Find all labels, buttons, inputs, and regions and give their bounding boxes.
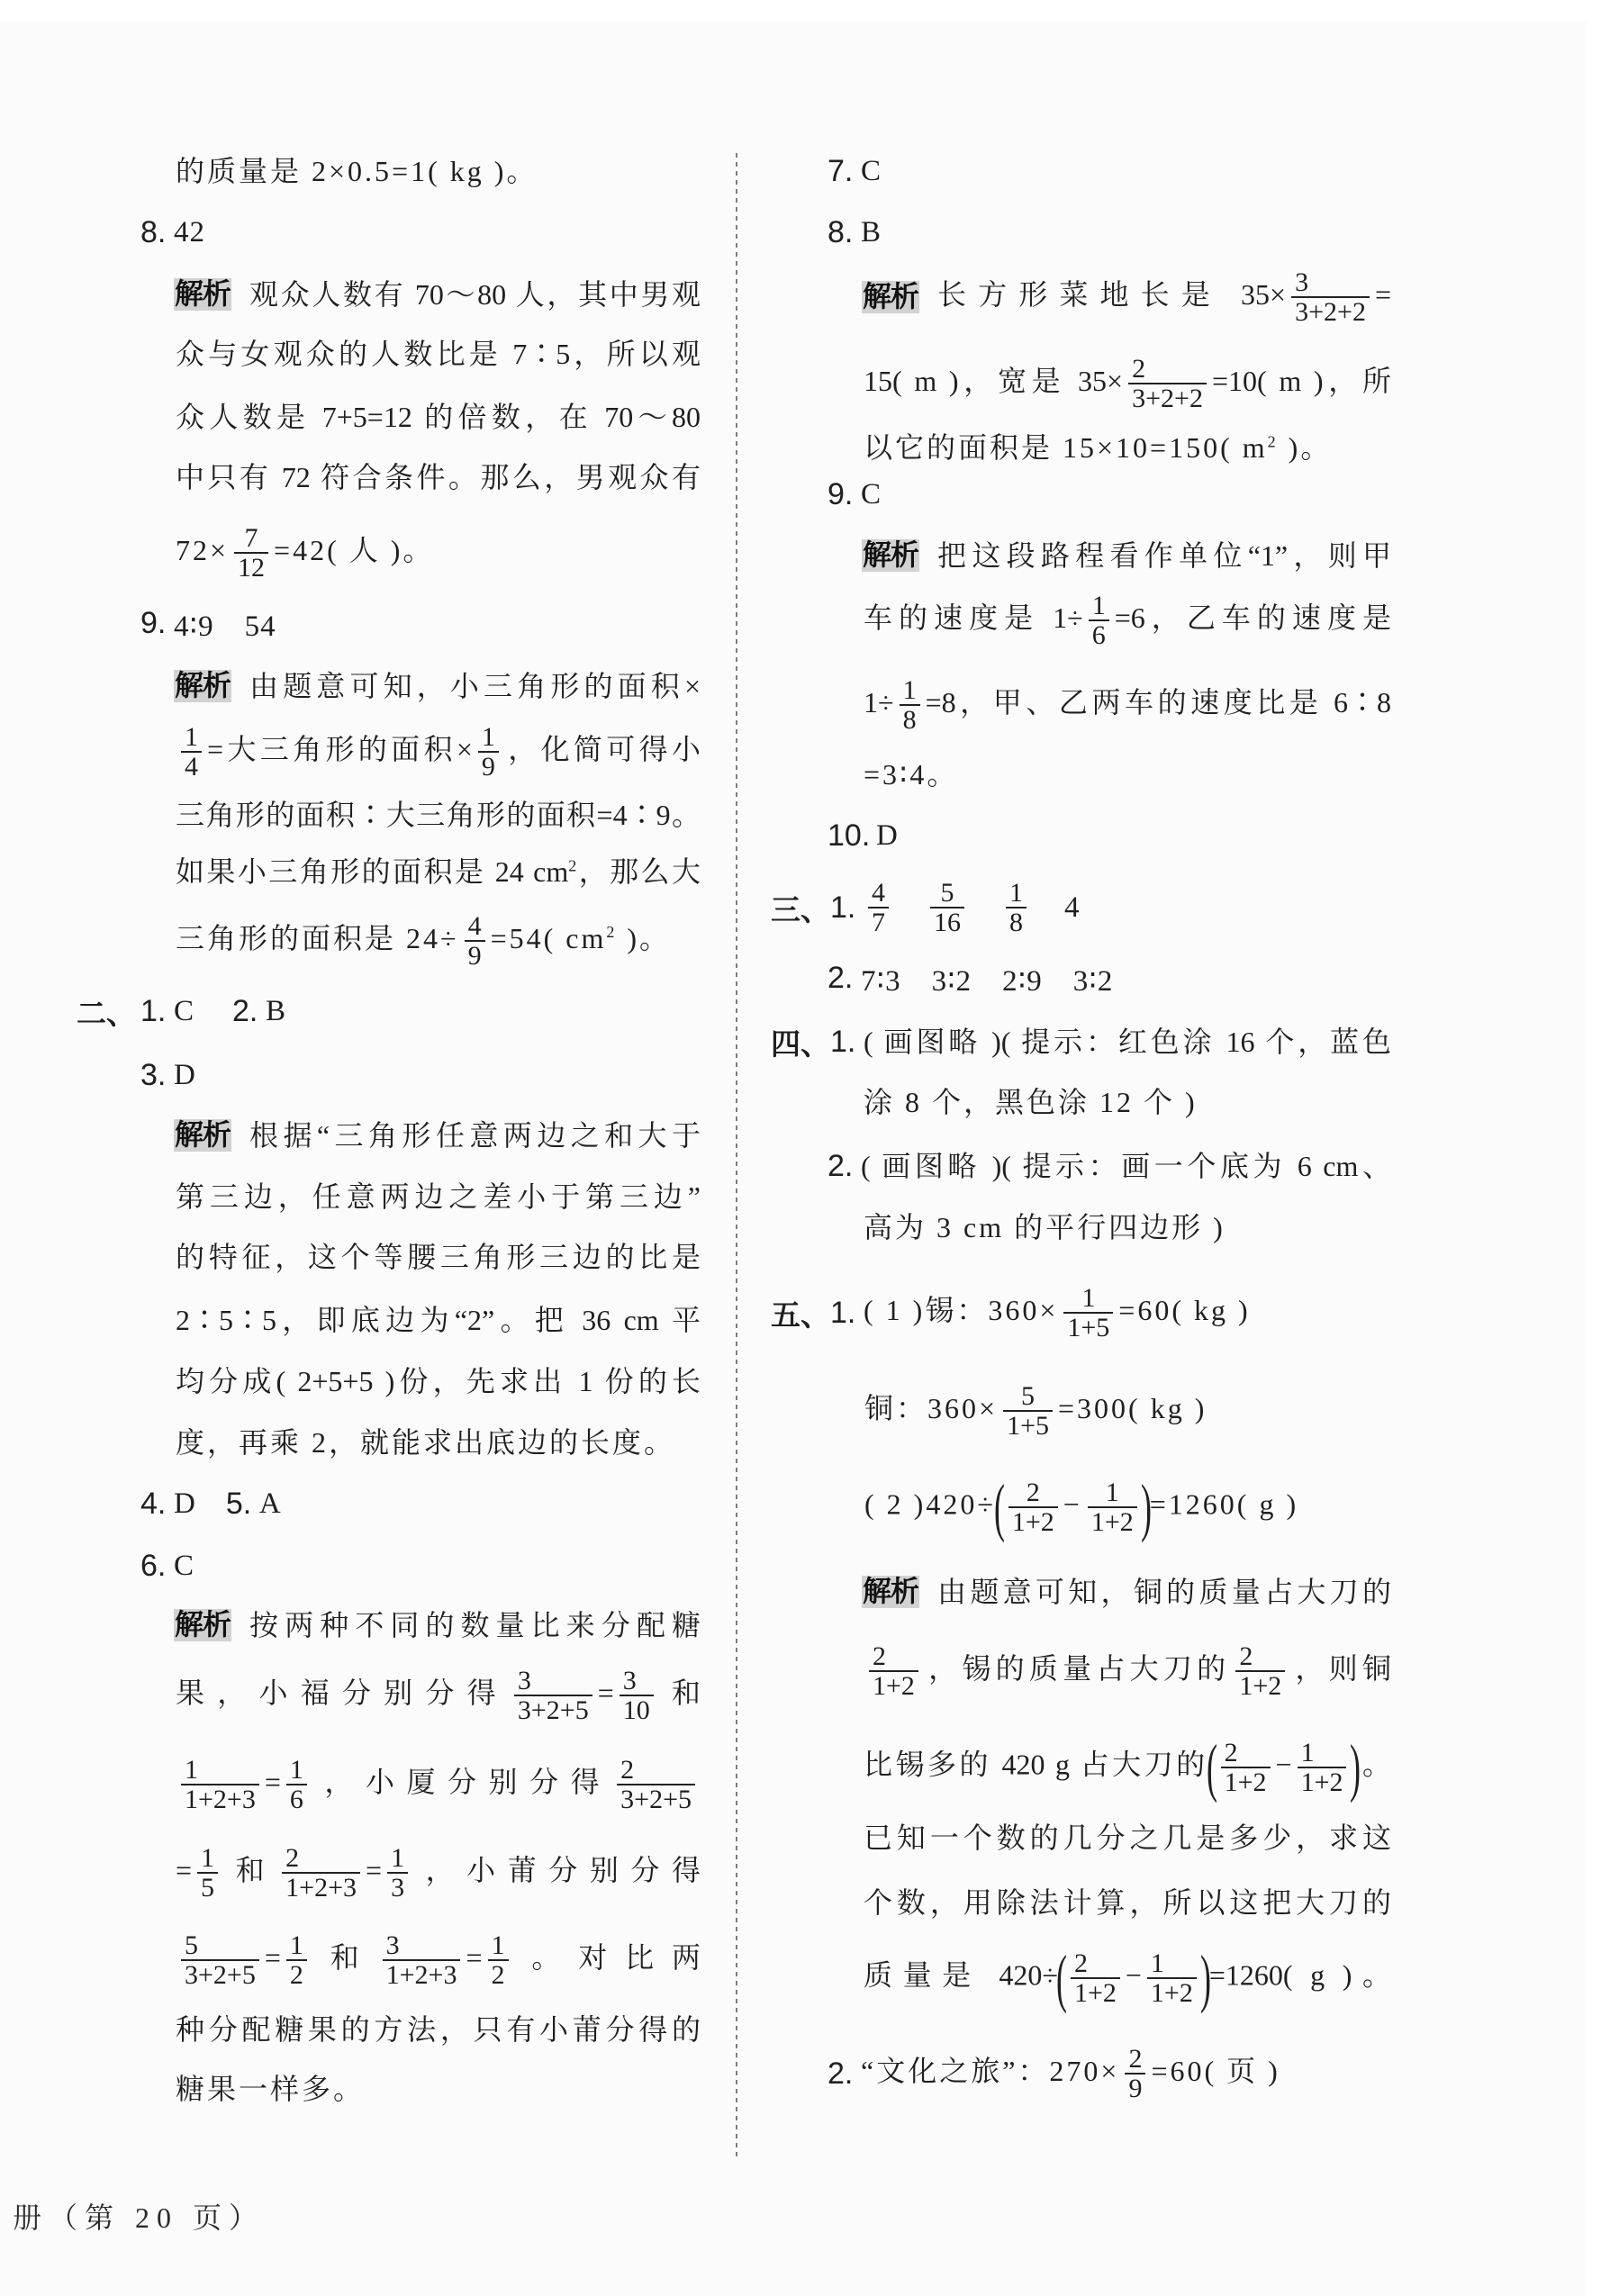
numerator: 5 — [930, 879, 964, 909]
math-expression: 长方形菜地长是 35×33+2+2= — [937, 268, 1391, 327]
fraction: 29 — [1125, 2045, 1145, 2103]
text-run: ，那么大 — [576, 855, 701, 888]
numerator: 4 — [868, 879, 889, 909]
explanation-line: 的质量是 2×0.5=1( kg )。 — [176, 131, 538, 212]
text-run: = — [366, 1853, 382, 1885]
answer-line: 三、1.47516184 — [771, 867, 1081, 948]
text-run: =300( kg ) — [1058, 1391, 1207, 1424]
denominator: 1+2 — [1298, 1768, 1347, 1797]
answer-value: B — [861, 216, 882, 249]
math-expression: 车的速度是 1÷16=6，乙车的速度是 — [864, 592, 1391, 650]
text-run: 以它的面积是 15×10=150( m — [864, 431, 1268, 464]
question-number: 4. — [140, 1487, 174, 1522]
superscript: 2 — [606, 923, 617, 941]
text-run: =10( m )，所 — [1212, 364, 1391, 396]
text-run: − — [1063, 1487, 1082, 1520]
denominator: 8 — [900, 706, 920, 735]
analysis-label: 解析 — [862, 539, 919, 572]
answer-line: ( 2 )420÷(21+2−11+2)=1260( g ) — [864, 1467, 1298, 1548]
text-run: 度，再乘 2，就能求出底边的长度。 — [176, 1425, 675, 1460]
text-run: 由题意可知，小三角形的面积× — [249, 669, 701, 703]
denominator: 1+2 — [869, 1672, 918, 1701]
text-run: 种分配糖果的方法，只有小莆分得的 — [176, 2012, 701, 2047]
numerator: 1 — [181, 1756, 259, 1786]
question-number: 6. — [140, 1549, 174, 1584]
math-expression: 铜：360×51+5=300( kg ) — [864, 1382, 1207, 1441]
question-number: 2. — [232, 994, 266, 1029]
fraction: 33+2+2 — [1291, 268, 1370, 327]
denominator: 1+2 — [1088, 1508, 1137, 1537]
fraction: 49 — [465, 912, 485, 971]
denominator: 1+2+3 — [383, 1961, 461, 1990]
fraction: 18 — [900, 676, 920, 735]
explanation-line: 车的速度是 1÷16=6，乙车的速度是 — [864, 580, 1391, 661]
text-run: )。 — [1279, 431, 1333, 464]
fraction: 11+2+3 — [181, 1756, 259, 1814]
denominator: 5 — [197, 1874, 218, 1903]
text-run: − — [1126, 1958, 1142, 1991]
numerator: 3 — [620, 1667, 654, 1697]
denominator: 7 — [868, 908, 889, 937]
fraction: 21+2+3 — [282, 1844, 360, 1903]
text-run: 和 — [659, 1676, 701, 1708]
numerator: 1 — [197, 1844, 218, 1875]
text-run: = — [265, 1940, 281, 1973]
math-expression: 比锡多的 420 g 占大刀的(21+2−11+2)。 — [864, 1735, 1391, 1800]
text-run: 铜：360× — [864, 1391, 998, 1424]
text-run: − — [1276, 1748, 1292, 1780]
fraction: 23+2+2 — [1128, 355, 1207, 413]
denominator: 3+2+5 — [514, 1696, 592, 1725]
text-run: 按两种不同的数量比来分配糖 — [249, 1608, 701, 1642]
answer-value: D — [174, 1059, 196, 1092]
denominator: 1+5 — [1003, 1412, 1053, 1441]
explanation-line: 三角形的面积是 24÷49=54( cm2 )。 — [176, 900, 671, 981]
text-run: ，则铜 — [1290, 1651, 1391, 1684]
question-number: 10. — [828, 818, 876, 854]
superscript: 2 — [568, 856, 576, 874]
text-run: 72× — [176, 533, 229, 565]
numerator: 2 — [869, 1642, 918, 1673]
math-expression: 53+2+5=12和31+2+3=12。对比两 — [176, 1931, 701, 1990]
section-marker: 二、 — [77, 990, 140, 1033]
answer-value: D — [876, 819, 899, 853]
text-run: 众与女观众的人数比是 7∶5，所以观 — [176, 337, 701, 371]
page-footer: 册（第 20 页） — [13, 2195, 265, 2237]
text-run: 众人数是 7+5=12 的倍数，在 70～80 — [176, 400, 701, 434]
numerator: 3 — [514, 1667, 592, 1697]
answer-value: 4∶9 54 — [174, 602, 276, 645]
text-run: 2∶5∶5，即底边为“2”。把 36 cm 平 — [176, 1303, 701, 1337]
answer-line: 五、1.( 1 )锡：360×11+5=60( kg ) — [771, 1272, 1251, 1353]
text-run: = — [176, 1853, 192, 1885]
answer-value: D — [174, 1487, 196, 1521]
explanation-line: 比锡多的 420 g 占大刀的(21+2−11+2)。 — [864, 1727, 1391, 1808]
numerator: 2 — [282, 1844, 360, 1875]
analysis-label: 解析 — [174, 1119, 231, 1152]
fraction: 23+2+5 — [617, 1756, 695, 1814]
question-number: 7. — [828, 154, 861, 189]
denominator: 1+2 — [1221, 1768, 1271, 1797]
numerator: 7 — [234, 524, 268, 555]
text-run: 15( m )，宽是 35× — [864, 364, 1123, 396]
numerator: 2 — [1128, 355, 1207, 385]
answer-line: 铜：360×51+5=300( kg ) — [864, 1370, 1207, 1451]
text-run: 均分成( 2+5+5 )份，先求出 1 份的长 — [176, 1364, 701, 1398]
fraction: 21+2 — [1071, 1949, 1120, 2008]
fraction: 13 — [387, 1844, 408, 1903]
text-run: 观众人数有 70～80 人，其中男观 — [249, 277, 701, 312]
numerator: 1 — [1063, 1284, 1113, 1315]
answer-line: 10.D — [828, 795, 899, 876]
big-paren: ) — [1200, 1946, 1211, 2011]
fraction: 33+2+5 — [514, 1667, 592, 1725]
explanation-line: 解析长方形菜地长是 35×33+2+2= — [862, 257, 1391, 338]
denominator: 1+2 — [1009, 1508, 1058, 1537]
text-run: 。对比两 — [514, 1940, 701, 1973]
explanation-line: 中只有 72 符合条件。那么，男观众有 — [176, 437, 701, 518]
superscript: 2 — [1268, 432, 1279, 450]
numerator: 2 — [1071, 1949, 1120, 1980]
text-run: 比锡多的 420 g 占大刀的 — [864, 1748, 1208, 1780]
numerator: 2 — [1009, 1478, 1058, 1509]
question-number: 2. — [828, 961, 861, 996]
math-expression: 72×712=42( 人 )。 — [176, 524, 434, 583]
math-expression: 1÷18=8，甲、乙两车的速度比是 6∶8 — [864, 676, 1391, 735]
answer-value: C — [861, 155, 882, 188]
explanation-line: 糖果一样多。 — [176, 2048, 365, 2129]
fraction: 19 — [478, 723, 499, 782]
numerator: 2 — [1125, 2045, 1145, 2075]
math-expression: 14=大三角形的面积×19，化简可得小 — [176, 723, 701, 782]
denominator: 1+5 — [1063, 1314, 1113, 1342]
text-run: 由题意可知，铜的质量占大刀的 — [937, 1575, 1391, 1609]
explanation-line: 11+2+3=16，小厦分别分得23+2+5 — [176, 1744, 701, 1825]
text-run: ( 2 )420÷ — [864, 1487, 996, 1520]
answer-value: 7∶3 3∶2 2∶9 3∶2 — [861, 957, 1113, 999]
text-run: = — [1375, 277, 1391, 310]
answer-line: 2.“文化之旅”：270×29=60( 页 ) — [828, 2033, 1280, 2114]
fraction: 11+2 — [1147, 1949, 1197, 2008]
text-run: 已知一个数的几分之几是多少，求这 — [864, 1821, 1391, 1855]
text-run: 车的速度是 1÷ — [864, 601, 1083, 633]
text-run: ，小厦分别分得 — [312, 1765, 611, 1797]
denominator: 3+2+5 — [181, 1961, 259, 1990]
fraction: 53+2+5 — [181, 1931, 259, 1990]
text-run: ( 画图略 )( 提示：红色涂 16 个，蓝色 — [864, 1025, 1391, 1059]
answer-value: C — [174, 1550, 194, 1583]
question-number: 1. — [830, 1025, 864, 1060]
denominator: 2 — [488, 1961, 509, 1990]
text-run: 根据“三角形任意两边之和大于 — [249, 1118, 701, 1153]
numerator: 1 — [478, 723, 499, 754]
text-run: ，小莆分别分得 — [413, 1853, 701, 1885]
question-number: 3. — [140, 1058, 174, 1093]
explanation-line: 质量是 420÷(21+2−11+2)=1260( g )。 — [864, 1938, 1391, 2019]
explanation-line: 果，小福分别分得33+2+5=310和 — [176, 1655, 701, 1736]
big-paren: ( — [1207, 1735, 1217, 1800]
text-run: 和 — [223, 1853, 276, 1885]
numerator: 1 — [387, 1844, 408, 1875]
math-expression: =15和21+2+3=13，小莆分别分得 — [176, 1844, 701, 1903]
text-run: =3∶4。 — [864, 757, 958, 791]
text-run: “文化之旅”：270× — [861, 2054, 1119, 2086]
analysis-label: 解析 — [862, 1576, 919, 1608]
big-paren: ) — [1141, 1475, 1152, 1540]
numerator: 1 — [488, 1931, 509, 1962]
text-run: = — [466, 1940, 482, 1973]
answer-value: C — [174, 995, 194, 1028]
fraction: 16 — [286, 1756, 307, 1814]
math-expression: 21+2，锡的质量占大刀的21+2，则铜 — [864, 1642, 1391, 1701]
text-run: 三角形的面积∶大三角形的面积=4∶9。 — [176, 798, 701, 832]
denominator: 1+2 — [1235, 1672, 1285, 1701]
analysis-label: 解析 — [862, 281, 919, 313]
text-run: =1260( g )。 — [1209, 1958, 1391, 1991]
section-marker: 三、 — [771, 887, 830, 929]
numerator: 1 — [1089, 592, 1109, 622]
question-number: 9. — [828, 477, 861, 512]
answer-value: C — [861, 478, 882, 511]
numerator: 1 — [1298, 1739, 1347, 1769]
text-run: =6，乙车的速度是 — [1115, 601, 1391, 633]
fraction: 16 — [1089, 592, 1109, 650]
question-number: 1. — [830, 890, 868, 926]
explanation-line: 解析按两种不同的数量比来分配糖 — [174, 1585, 701, 1666]
fraction: 21+2 — [1235, 1642, 1285, 1701]
text-run: =8，甲、乙两车的速度比是 6∶8 — [926, 685, 1391, 718]
column-divider — [736, 153, 737, 2159]
explanation-line: 21+2，锡的质量占大刀的21+2，则铜 — [864, 1631, 1391, 1712]
text-run: =1260( g ) — [1150, 1487, 1298, 1520]
fraction: 31+2+3 — [383, 1931, 461, 1990]
denominator: 8 — [1006, 908, 1027, 937]
question-number: 1. — [830, 1296, 864, 1331]
math-expression: 15( m )，宽是 35×23+2+2=10( m )，所 — [864, 355, 1391, 413]
explanation-line: =15和21+2+3=13，小莆分别分得 — [176, 1832, 701, 1913]
top-margin — [0, 0, 1610, 22]
text-run: 涂 8 个，黑色涂 12 个 ) — [864, 1085, 1198, 1119]
text-run: 的特征，这个等腰三角形三边的比是 — [176, 1240, 701, 1274]
question-number: 2. — [828, 1149, 861, 1184]
numerator: 4 — [465, 912, 485, 943]
question-number: 9. — [140, 606, 174, 641]
denominator: 12 — [234, 554, 268, 583]
fraction: 47 — [868, 879, 889, 937]
answer-value: B — [266, 995, 286, 1028]
text-run: =60( kg ) — [1118, 1293, 1250, 1325]
text-run: ，化简可得小 — [504, 732, 701, 764]
question-number: 1. — [140, 994, 174, 1029]
denominator: 9 — [1125, 2075, 1145, 2103]
math-expression: ( 1 )锡：360×11+5=60( kg ) — [864, 1284, 1251, 1342]
fraction: 21+2 — [1009, 1478, 1058, 1537]
text-run: ( 画图略 )( 提示：画一个底为 6 cm、 — [861, 1149, 1391, 1183]
big-paren: ( — [994, 1475, 1005, 1540]
fraction: 21+2 — [869, 1642, 918, 1701]
numerator: 1 — [181, 723, 202, 754]
explanation-line: 解析由题意可知，铜的质量占大刀的 — [862, 1551, 1391, 1632]
text-run: 的质量是 2×0.5=1( kg )。 — [176, 154, 538, 188]
text-run: 质量是 420÷ — [864, 1958, 1058, 1991]
text-run: 中只有 72 符合条件。那么，男观众有 — [176, 460, 701, 494]
math-expression: 如果小三角形的面积是 24 cm2，那么大 — [176, 854, 701, 889]
denominator: 16 — [930, 908, 964, 937]
numerator: 1 — [286, 1756, 307, 1786]
text-run: ，锡的质量占大刀的 — [924, 1651, 1230, 1684]
denominator: 1+2+3 — [181, 1785, 259, 1814]
text-run: = — [598, 1676, 614, 1708]
text-run: 糖果一样多。 — [176, 2072, 365, 2106]
fraction: 18 — [1006, 879, 1027, 937]
text-run: =60( 页 ) — [1151, 2054, 1280, 2086]
fraction: 12 — [488, 1931, 509, 1990]
math-expression: 果，小福分别分得33+2+5=310和 — [176, 1667, 701, 1725]
text-run: = — [265, 1765, 281, 1797]
text-run: 。 — [1359, 1748, 1391, 1780]
numerator: 2 — [1221, 1739, 1271, 1769]
text-run: 把这段路程看作单位“1”，则甲 — [937, 538, 1391, 573]
denominator: 6 — [286, 1785, 307, 1814]
question-number: 8. — [140, 215, 174, 250]
analysis-label: 解析 — [174, 1609, 231, 1641]
text-run: 三角形的面积是 24÷ — [176, 921, 459, 954]
question-number: 2. — [828, 2056, 861, 2092]
denominator: 3 — [387, 1874, 408, 1903]
text-run: 如果小三角形的面积是 24 cm — [176, 855, 568, 888]
numerator: 5 — [181, 1931, 259, 1962]
text-run: 高为 3 cm 的平行四边形 ) — [864, 1210, 1226, 1244]
text-run: 长方形菜地长是 35× — [937, 277, 1286, 310]
numerator: 5 — [1003, 1382, 1053, 1413]
numerator: 3 — [383, 1931, 461, 1962]
text-run: )。 — [617, 921, 671, 954]
denominator: 3+2+5 — [617, 1785, 695, 1814]
math-expression: ( 2 )420÷(21+2−11+2)=1260( g ) — [864, 1475, 1298, 1540]
section-marker: 五、 — [771, 1292, 830, 1334]
text-run: 和 — [312, 1940, 377, 1973]
fraction: 11+2 — [1088, 1478, 1137, 1537]
text-run: =54( cm — [491, 921, 607, 954]
denominator: 1+2 — [1147, 1979, 1197, 2008]
text-run: =大三角形的面积× — [207, 732, 473, 764]
fraction: 712 — [234, 524, 268, 583]
math-expression: 质量是 420÷(21+2−11+2)=1260( g )。 — [864, 1946, 1391, 2011]
math-expression: “文化之旅”：270×29=60( 页 ) — [861, 2045, 1280, 2103]
explanation-line: 以它的面积是 15×10=150( m2 )。 — [864, 407, 1332, 488]
numerator: 2 — [1235, 1642, 1285, 1673]
explanation-line: 高为 3 cm 的平行四边形 ) — [864, 1187, 1226, 1268]
fraction: 11+5 — [1063, 1284, 1113, 1342]
fraction: 14 — [181, 723, 202, 782]
text-run: ( 1 )锡：360× — [864, 1293, 1058, 1325]
text-run: 1÷ — [864, 685, 894, 718]
numerator: 1 — [286, 1931, 307, 1962]
numerator: 2 — [617, 1756, 695, 1786]
denominator: 10 — [620, 1696, 654, 1725]
right-margin — [1587, 0, 1610, 2296]
fraction: 310 — [620, 1667, 654, 1725]
fraction: 12 — [286, 1931, 307, 1990]
numerator: 1 — [900, 676, 920, 707]
fraction: 11+2 — [1298, 1739, 1347, 1797]
numerator: 1 — [1147, 1949, 1197, 1980]
answer-value: A — [259, 1487, 282, 1521]
fraction: 51+5 — [1003, 1382, 1053, 1441]
analysis-label: 解析 — [174, 278, 231, 311]
text-run: 第三边，任意两边之差小于第三边” — [176, 1180, 701, 1214]
text-run: =42( 人 )。 — [274, 533, 434, 565]
fraction: 516 — [930, 879, 964, 937]
numerator: 1 — [1088, 1478, 1137, 1509]
denominator: 3+2+2 — [1291, 298, 1370, 327]
denominator: 9 — [465, 942, 485, 971]
denominator: 1+2+3 — [282, 1874, 360, 1903]
big-paren: ( — [1056, 1946, 1067, 2011]
fraction: 21+2 — [1221, 1739, 1271, 1797]
math-expression: 11+2+3=16，小厦分别分得23+2+5 — [176, 1756, 701, 1814]
numerator: 3 — [1291, 268, 1370, 299]
text-run: 个数，用除法计算，所以这把大刀的 — [864, 1885, 1391, 1920]
denominator: 2 — [286, 1961, 307, 1990]
text-run: 果，小福分别分得 — [176, 1676, 509, 1708]
explanation-line: 个数，用除法计算，所以这把大刀的 — [864, 1862, 1391, 1943]
numerator: 1 — [1006, 879, 1027, 909]
section-marker: 四、 — [771, 1021, 830, 1063]
answer-value: 42 — [174, 216, 205, 249]
fraction: 15 — [197, 1844, 218, 1903]
question-number: 8. — [828, 215, 861, 250]
analysis-label: 解析 — [174, 670, 231, 702]
math-expression: 以它的面积是 15×10=150( m2 )。 — [864, 430, 1332, 465]
answer-value: 4 — [1064, 891, 1081, 925]
denominator: 1+2 — [1071, 1979, 1120, 2008]
explanation-line: 72×712=42( 人 )。 — [176, 512, 434, 593]
denominator: 6 — [1089, 621, 1109, 650]
math-expression: 三角形的面积是 24÷49=54( cm2 )。 — [176, 912, 671, 971]
question-number: 5. — [226, 1487, 259, 1522]
big-paren: ) — [1350, 1735, 1361, 1800]
